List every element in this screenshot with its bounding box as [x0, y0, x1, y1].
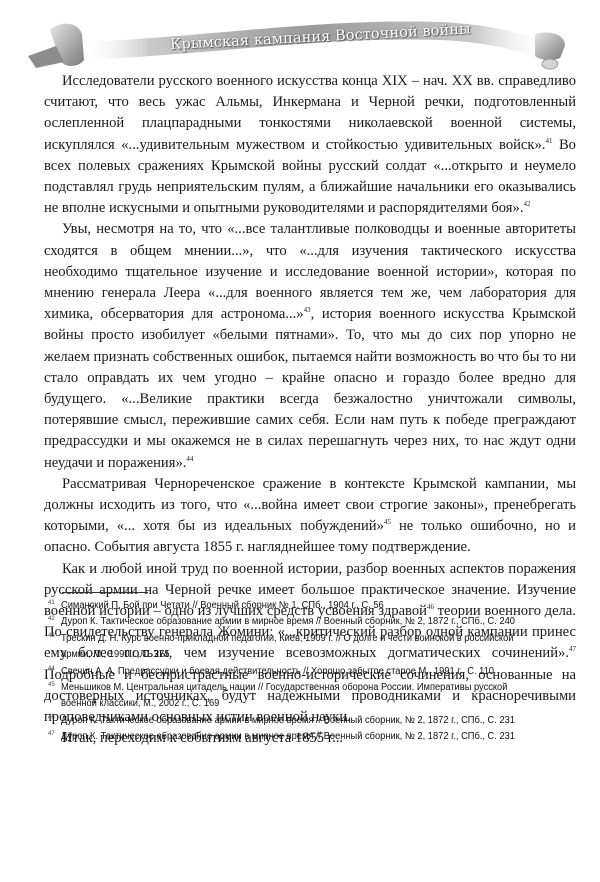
- paragraph-text: , история военного искусства Крымской во…: [44, 306, 576, 470]
- chapter-banner: Крымская кампания Восточной войны: [20, 12, 580, 70]
- footnote-text: Меньшиков М. Центральная цитадель нации …: [61, 680, 541, 713]
- footnote-item: 43Трескин Д. Н. Курс военно-прикладной п…: [48, 631, 541, 664]
- footnote-text: Свечин А. А. Предрассудки и боевая дейст…: [61, 664, 541, 680]
- paragraph-text: Исследователи русского военного искусств…: [44, 73, 576, 153]
- footnote-item: 46Дуроп К. Тактическое образование армии…: [48, 713, 541, 729]
- footnote-divider: [62, 592, 148, 593]
- footnote-item: 45Меньшиков М. Центральная цитадель наци…: [48, 680, 541, 713]
- footnote-ref[interactable]: 45: [384, 518, 391, 526]
- footnotes: 41Симанский П. Бой при Четати // Военный…: [48, 598, 541, 746]
- paragraph: Исследователи русского военного искусств…: [44, 71, 576, 219]
- footnote-number: 44: [48, 664, 61, 680]
- footnote-text: Симанский П. Бой при Четати // Военный с…: [61, 598, 541, 614]
- footnote-item: 44Свечин А. А. Предрассудки и боевая дей…: [48, 664, 541, 680]
- footnote-item: 42Дуроп К. Тактическое образование армии…: [48, 614, 541, 630]
- footnote-ref[interactable]: 42: [523, 200, 530, 208]
- footnote-text: Дуроп К. Тактическое образование армии в…: [61, 713, 541, 729]
- footnote-text: Дуроп К. Тактическое образование армии в…: [61, 614, 541, 630]
- footnote-number: 41: [48, 598, 61, 614]
- footnote-text: Дуроп К. Тактическое образование армии в…: [61, 729, 541, 745]
- paragraph: Рассматривая Чернореченское сражение в к…: [44, 474, 576, 559]
- footnote-number: 46: [48, 713, 61, 729]
- footnote-ref[interactable]: 47: [569, 645, 576, 653]
- footnote-number: 47: [48, 729, 61, 745]
- footnote-number: 45: [48, 680, 61, 713]
- footnote-item: 41Симанский П. Бой при Четати // Военный…: [48, 598, 541, 614]
- footnote-text: Трескин Д. Н. Курс военно-прикладной пед…: [61, 631, 541, 664]
- footnote-ref[interactable]: 43: [304, 306, 311, 314]
- footnote-ref[interactable]: 44: [186, 455, 193, 463]
- footnote-number: 43: [48, 631, 61, 664]
- footnote-number: 42: [48, 614, 61, 630]
- paragraph: Увы, несмотря на то, что «...все талантл…: [44, 219, 576, 473]
- footnote-item: 47Дуроп К. Тактическое образование армии…: [48, 729, 541, 745]
